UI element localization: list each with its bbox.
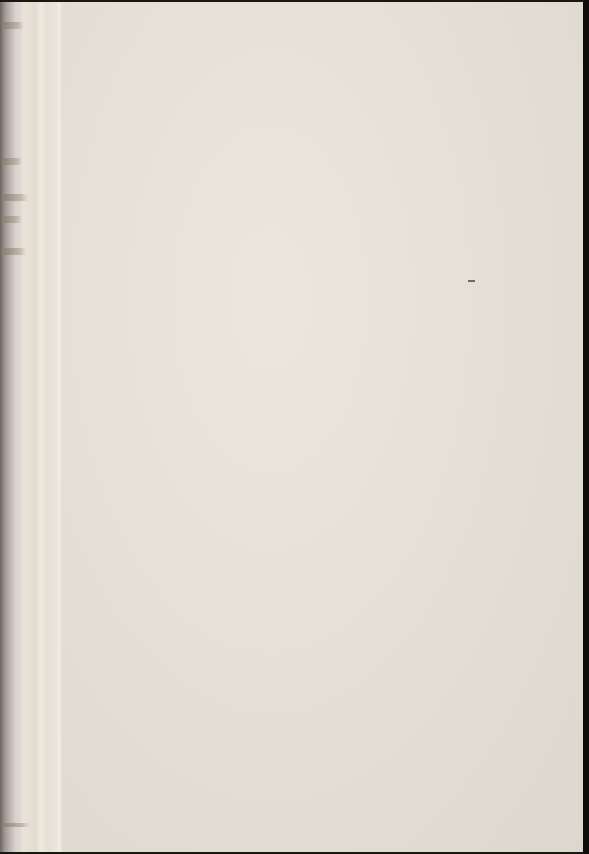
front-cover xyxy=(62,2,583,852)
spine-title-block-4 xyxy=(4,216,22,223)
spine-title-block-1 xyxy=(4,22,24,29)
spine-title-block-5 xyxy=(4,248,26,255)
spine-title-block-2 xyxy=(4,158,22,165)
spine-title-block-3 xyxy=(4,194,28,201)
book-cover-photo xyxy=(0,2,583,852)
spine xyxy=(22,2,56,852)
cover-speck xyxy=(468,280,475,282)
spine-bottom-band xyxy=(4,823,30,827)
spine-shadow xyxy=(0,2,22,852)
background-edge xyxy=(583,0,589,854)
